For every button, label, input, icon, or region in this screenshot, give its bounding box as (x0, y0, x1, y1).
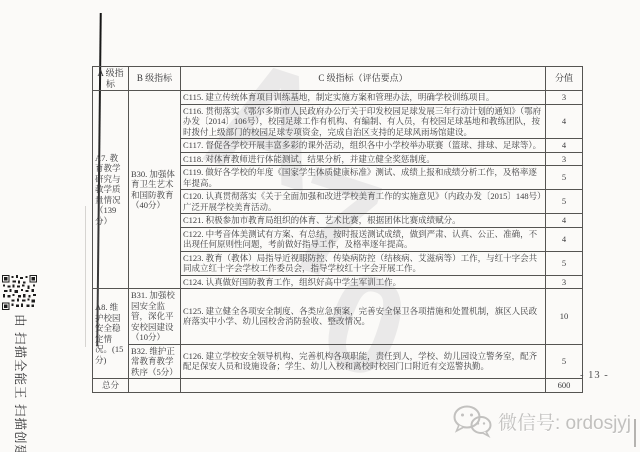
score-c122: 4 (546, 227, 583, 251)
score-c115: 3 (546, 91, 583, 105)
c-indicator-c123: C123. 教育（教体）局指导近视眼防控、传染病防控（结核病、艾滋病等）工作，与… (181, 251, 546, 275)
total-row: 总分 600 (93, 379, 583, 393)
c-indicator-c119: C119. 做好各学校的年度《国家学生体质健康标准》测试、成绩上报和成绩分析工作… (181, 166, 546, 190)
score-c120: 5 (546, 190, 583, 214)
table-row: A8. 维护校园安全稳定情况。(15分) B31. 加强校园安全监管，深化平安校… (93, 289, 583, 345)
evaluation-table: A 级指标 B 级指标 C 级指标（评估要点） 分值 A7. 教育教学研究与教学… (92, 66, 583, 393)
c-indicator-c117: C117. 督促各学校开展丰富多彩的课外活动，组织各中小学校举办联赛（篮球、排球… (181, 139, 546, 153)
c-indicator-c125: C125. 建立健全各项安全制度、各类应急预案，完善安全保卫各项措施和处置机制，… (181, 289, 546, 345)
wechat-icon (452, 404, 492, 438)
total-empty-c (181, 379, 546, 393)
b-indicator-b32-cell: B32. 维护正常教育教学秩序（5分） (129, 344, 181, 379)
score-c116: 4 (546, 104, 583, 139)
header-a-level: A 级指标 (93, 67, 129, 91)
c-indicator-c126: C126. 建立学校安全领导机构、完善机构各项职能，责任到人，学校、幼儿园设立警… (181, 344, 546, 379)
scanner-caption: 由 扫描全能王 扫描创建 (15, 314, 30, 452)
b-indicator-b30-cell: B30. 加强体育卫生艺术和国防教育（40分） (129, 91, 181, 289)
total-score: 600 (546, 379, 583, 393)
score-c125: 10 (546, 289, 583, 345)
header-b-level: B 级指标 (129, 67, 181, 91)
score-c118: 3 (546, 152, 583, 166)
c-indicator-c121: C121. 积极参加市教育局组织的体育、艺术比赛，根据团体比赛成绩赋分。 (181, 214, 546, 228)
total-empty-b (129, 379, 181, 393)
c-indicator-c118: C118. 对体育教师进行体能测试，结果分析，并建立健全奖惩制度。 (181, 152, 546, 166)
a-indicator-a7-cell: A7. 教育教学研究与教学质量情况（139分） (93, 91, 129, 289)
table-header-row: A 级指标 B 级指标 C 级指标（评估要点） 分值 (93, 67, 583, 91)
page-number: - 13 - (580, 370, 609, 381)
wechat-watermark: 微信号: ordosjyj (452, 404, 631, 438)
scanned-document-page: A 7 0 A 级指标 B 级指标 C 级指标（评估要点） 分值 A7. 教育教… (0, 0, 640, 452)
score-c119: 5 (546, 166, 583, 190)
a-indicator-a8-cell: A8. 维护校园安全稳定情况。(15分) (93, 289, 129, 379)
score-c124: 3 (546, 275, 583, 289)
c-indicator-c122: C122. 中考音体美测试有方案、有总结，按时报送测试成绩，做到严肃、认真、公正… (181, 227, 546, 251)
page-edge-shadow (85, 206, 86, 347)
qr-code (2, 275, 37, 310)
header-score: 分值 (546, 67, 583, 91)
right-edge-mark (634, 419, 636, 447)
score-c121: 4 (546, 214, 583, 228)
table-row: A7. 教育教学研究与教学质量情况（139分） B30. 加强体育卫生艺术和国防… (93, 91, 583, 105)
header-c-level: C 级指标（评估要点） (181, 67, 546, 91)
c-indicator-c124: C124. 认真做好国防教育工作，组织好高中学生军训工作。 (181, 275, 546, 289)
total-label: 总分 (93, 379, 129, 393)
score-c117: 4 (546, 139, 583, 153)
c-indicator-c116: C116. 贯彻落实《鄂尔多斯市人民政府办公厅关于印发校园足球发展三年行动计划的… (181, 104, 546, 139)
wechat-id-label: 微信号: ordosjyj (498, 408, 631, 435)
score-c126: 5 (546, 344, 583, 379)
table-row: B32. 维护正常教育教学秩序（5分） C126. 建立学校安全领导机构、完善机… (93, 344, 583, 379)
score-c123: 5 (546, 251, 583, 275)
c-indicator-c115: C115. 建立传统体育项目训练基地，制定实施方案和管理办法，明确学校训练项目。 (181, 91, 546, 105)
b-indicator-b31-cell: B31. 加强校园安全监管，深化平安校园建设（10分） (129, 289, 181, 345)
c-indicator-c120: C120. 认真贯彻落实《关于全面加强和改进学校美育工作的实施意见》（内政办发〔… (181, 190, 546, 214)
